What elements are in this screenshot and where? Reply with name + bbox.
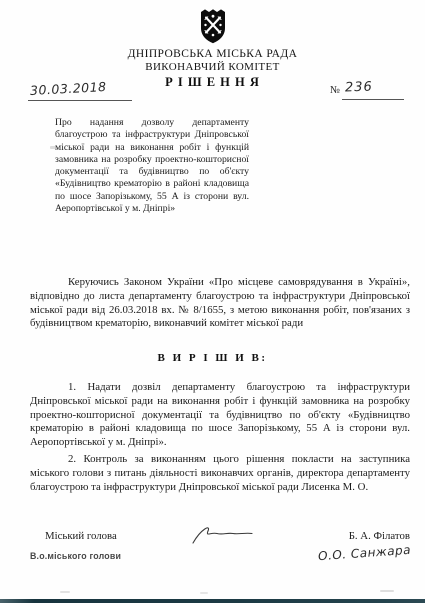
resolution-item-2: 2. Контроль за виконанням цього рішення … xyxy=(30,453,410,494)
city-coat-of-arms-icon xyxy=(193,6,233,46)
handwritten-number: 236 xyxy=(345,80,373,96)
organization-subname: ВИКОНАВЧИЙ КОМІТЕТ xyxy=(0,61,425,73)
scan-speck xyxy=(139,197,146,199)
acting-mayor-stamp: В.о.міського голови xyxy=(30,551,121,561)
document-header: ДНІПРОВСЬКА МІСЬКА РАДА ВИКОНАВЧИЙ КОМІТ… xyxy=(0,6,425,90)
subject-paragraph: Про надання дозволу департаменту благоус… xyxy=(55,117,249,215)
number-sign-label: № xyxy=(330,85,340,96)
signature-scribble-icon xyxy=(188,522,258,548)
handwritten-date: 30.03.2018 xyxy=(30,79,107,98)
resolution-heading: В И Р І Ш И В: xyxy=(0,352,425,364)
handwritten-signer-name: О.О. Санжара xyxy=(318,543,412,563)
scanned-decision-document: ДНІПРОВСЬКА МІСЬКА РАДА ВИКОНАВЧИЙ КОМІТ… xyxy=(0,0,425,603)
organization-name: ДНІПРОВСЬКА МІСЬКА РАДА xyxy=(0,48,425,60)
signer-position-label: Міський голова xyxy=(45,530,117,542)
scan-speck xyxy=(60,591,70,593)
signer-name: Б. А. Філатов xyxy=(300,530,410,542)
resolution-item-1: 1. Надати дозвіл департаменту благоустро… xyxy=(30,381,410,450)
scan-speck xyxy=(380,590,394,592)
scan-edge-line xyxy=(0,599,425,603)
scan-speck xyxy=(50,146,56,149)
preamble-paragraph: Керуючись Законом України «Про місцеве с… xyxy=(30,276,410,331)
scan-speck xyxy=(200,592,208,594)
number-field: № 236 xyxy=(330,84,404,100)
date-number-row: 30.03.2018 № 236 xyxy=(0,84,425,104)
date-field: 30.03.2018 xyxy=(28,84,132,101)
